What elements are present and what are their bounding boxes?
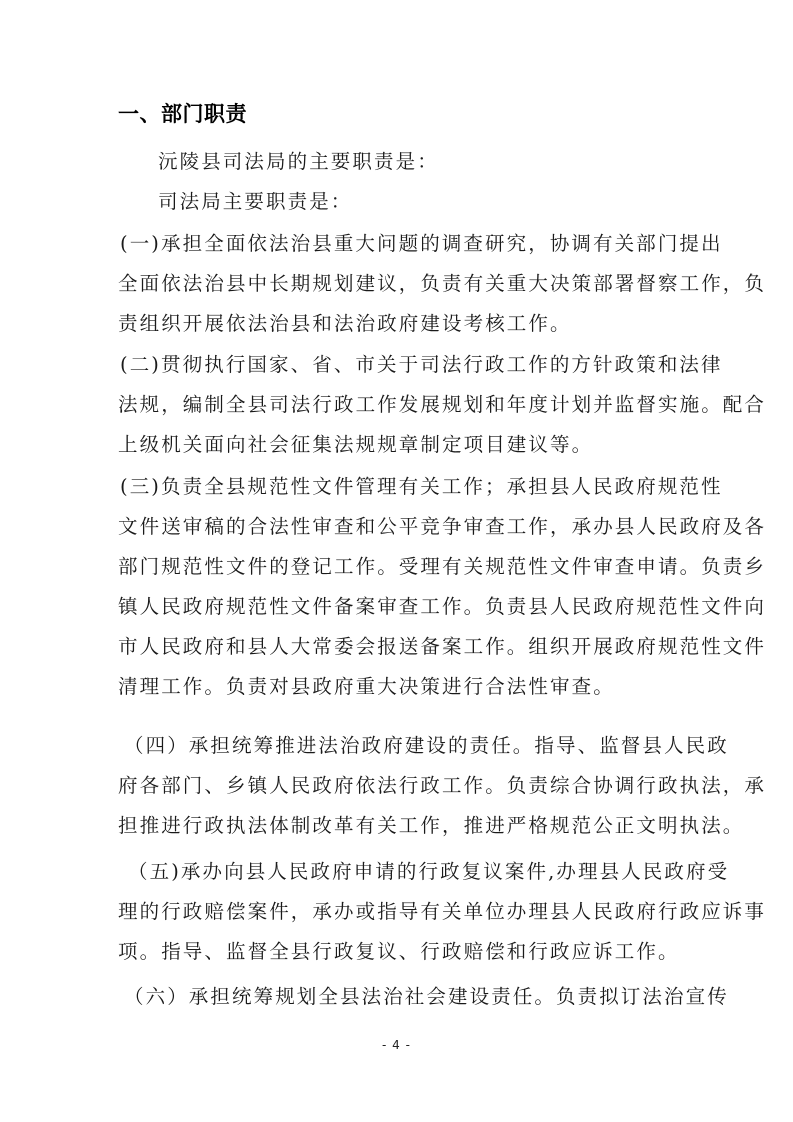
document-page: 一、部门职责 沅陵县司法局的主要职责是： 司法局主要职责是： (一)承担全面依法…	[0, 0, 793, 1122]
item-2-line: (二)贯彻执行国家、省、市关于司法行政工作的方针政策和法律	[120, 349, 723, 377]
item-1-line: 责组织开展依法治县和法治政府建设考核工作。	[118, 308, 572, 336]
item-3-line: 清理工作。负责对县政府重大决策进行合法性审查。	[118, 671, 615, 699]
item-2-line: 法规，编制全县司法行政工作发展规划和年度计划并监督实施。配合	[118, 389, 766, 417]
item-3-line: 文件送审稿的合法性审查和公平竞争审查工作，承办县人民政府及各	[118, 511, 766, 539]
item-6-line: （六）承担统筹规划全县法治社会建设责任。负责拟订法治宣传	[124, 981, 729, 1009]
item-5-line: 理的行政赔偿案件，承办或指导有关单位办理县人民政府行政应诉事	[118, 896, 766, 924]
intro-line: 司法局主要职责是：	[158, 186, 352, 214]
item-4-line: 担推进行政执法体制改革有关工作，推进严格规范公正文明执法。	[118, 810, 744, 838]
item-3-line: (三)负责全县规范性文件管理有关工作；承担县人民政府规范性	[120, 471, 723, 499]
item-5-line: （五)承办向县人民政府申请的行政复议案件,办理县人民政府受	[128, 856, 729, 884]
page-number: - 4 -	[0, 1038, 793, 1052]
item-4-line: （四）承担统筹推进法治政府建设的责任。指导、监督县人民政	[124, 730, 729, 758]
item-1-line: (一)承担全面依法治县重大问题的调查研究，协调有关部门提出	[120, 228, 723, 256]
item-3-line: 镇人民政府规范性文件备案审查工作。负责县人民政府规范性文件向	[118, 591, 766, 619]
item-1-line: 全面依法治县中长期规划建议，负责有关重大决策部署督察工作，负	[118, 268, 766, 296]
item-5-line: 项。指导、监督全县行政复议、行政赔偿和行政应诉工作。	[118, 936, 680, 964]
intro-line: 沅陵县司法局的主要职责是：	[158, 146, 439, 174]
item-4-line: 府各部门、乡镇人民政府依法行政工作。负责综合协调行政执法，承	[118, 770, 766, 798]
item-2-line: 上级机关面向社会征集法规规章制定项目建议等。	[118, 429, 593, 457]
section-heading: 一、部门职责	[118, 98, 247, 128]
item-3-line: 市人民政府和县人大常委会报送备案工作。组织开展政府规范性文件	[118, 631, 766, 659]
item-3-line: 部门规范性文件的登记工作。受理有关规范性文件审查申请。负责乡	[118, 551, 766, 579]
